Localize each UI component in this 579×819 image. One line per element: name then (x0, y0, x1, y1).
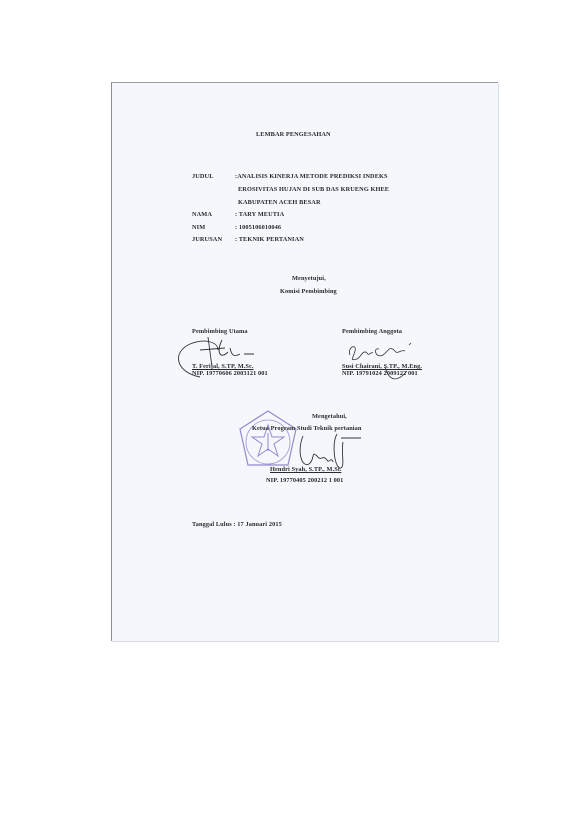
field-label-nama: NAMA (192, 211, 212, 218)
supervisor-member-role: Pembimbing Anggota (342, 328, 402, 335)
approval-line2: Komisi Pembimbing (280, 288, 337, 295)
program-head-name: Hendri Syah, S.TP., M.Si. (270, 466, 341, 473)
field-label-jurusan: JURUSAN (192, 236, 222, 243)
signature-member-supervisor (345, 337, 435, 387)
university-stamp (236, 409, 300, 473)
document-title: LEMBAR PENGESAHAN (256, 131, 331, 138)
signature-main-supervisor (170, 332, 260, 382)
field-label-nim: NIM (192, 224, 205, 231)
approval-line1: Menyetujui, (292, 275, 326, 282)
acknowledgement-line1: Mengetahui, (312, 413, 347, 420)
field-value-judul-line1: :ANALISIS KINERJA METODE PREDIKSI INDEKS (235, 173, 388, 180)
program-head-nip: NIP. 19770405 200212 1 001 (266, 477, 343, 484)
field-value-jurusan: : TEKNIK PERTANIAN (235, 236, 304, 243)
field-value-judul-line3: KABUPATEN ACEH BESAR (238, 199, 321, 206)
field-value-nim: : 1005106010046 (235, 224, 281, 231)
field-value-judul-line2: EROSIVITAS HUJAN DI SUB DAS KRUENG KHEE (238, 186, 389, 193)
field-value-nama: : TARY MEUTIA (235, 211, 284, 218)
field-label-judul: JUDUL (192, 173, 214, 180)
graduation-date: Tanggal Lulus : 17 Januari 2015 (192, 521, 282, 528)
